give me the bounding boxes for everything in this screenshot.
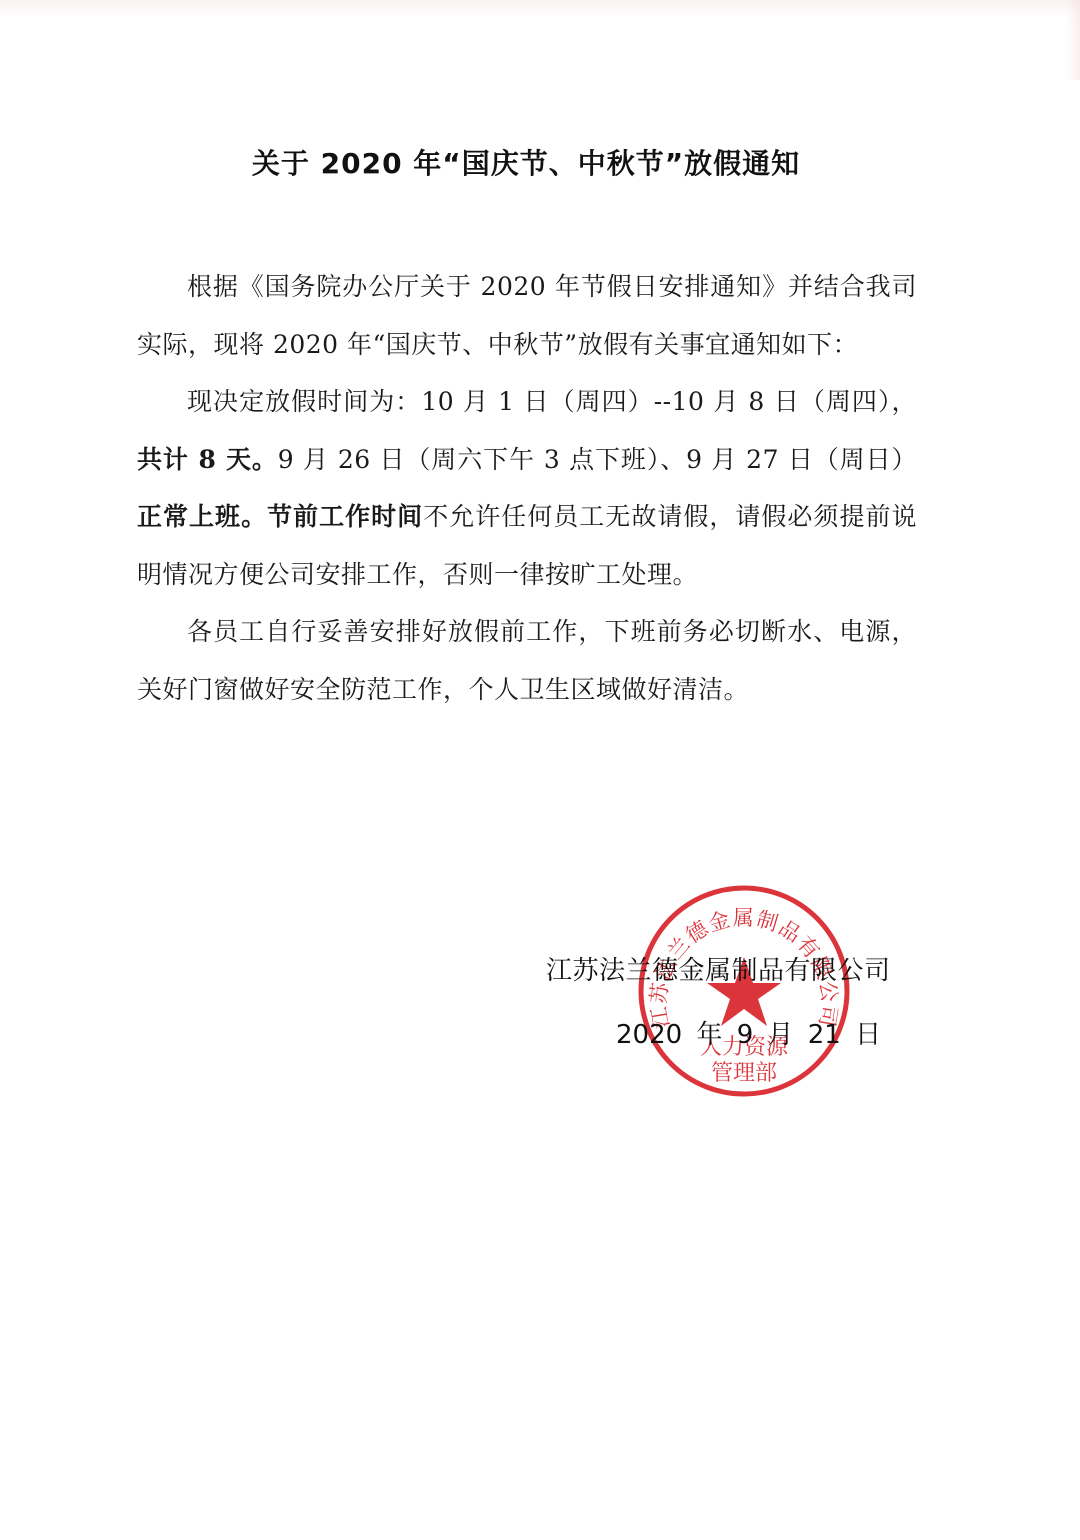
holiday-dates: 现决定放假时间为：10 月 1 日（周四）--10 月 8 日（周四）， — [187, 387, 917, 416]
holiday-total-days: 共计 8 天。 — [137, 445, 278, 474]
normal-work-notice: 正常上班。节前工作时间 — [137, 502, 423, 531]
signature-date: 2020 年 9 月 21 日 — [616, 1014, 881, 1051]
paragraph-holiday-schedule: 现决定放假时间为：10 月 1 日（周四）--10 月 8 日（周四），共计 8… — [137, 373, 917, 603]
company-seal-stamp: 江苏法兰德金属制品有限公司 人力资源 管理部 — [636, 883, 852, 1099]
scan-edge-smudge — [0, 0, 1080, 18]
document-title: 关于 2020 年“国庆节、中秋节”放假通知 — [0, 142, 1052, 182]
paragraph-intro: 根据《国务院办公厅关于 2020 年节假日安排通知》并结合我司实际，现将 202… — [137, 258, 917, 373]
seal-center-line2: 管理部 — [711, 1061, 777, 1086]
signature-company: 江苏法兰德金属制品有限公司 — [546, 950, 891, 987]
makeup-workdays: 9 月 26 日（周六下午 3 点下班）、9 月 27 日（周日） — [278, 445, 917, 474]
paragraph-safety: 各员工自行妥善安排好放假前工作，下班前务必切断水、电源，关好门窗做好安全防范工作… — [137, 603, 917, 718]
scan-edge-smudge-right — [1066, 0, 1080, 80]
document-body: 根据《国务院办公厅关于 2020 年节假日安排通知》并结合我司实际，现将 202… — [137, 258, 917, 718]
